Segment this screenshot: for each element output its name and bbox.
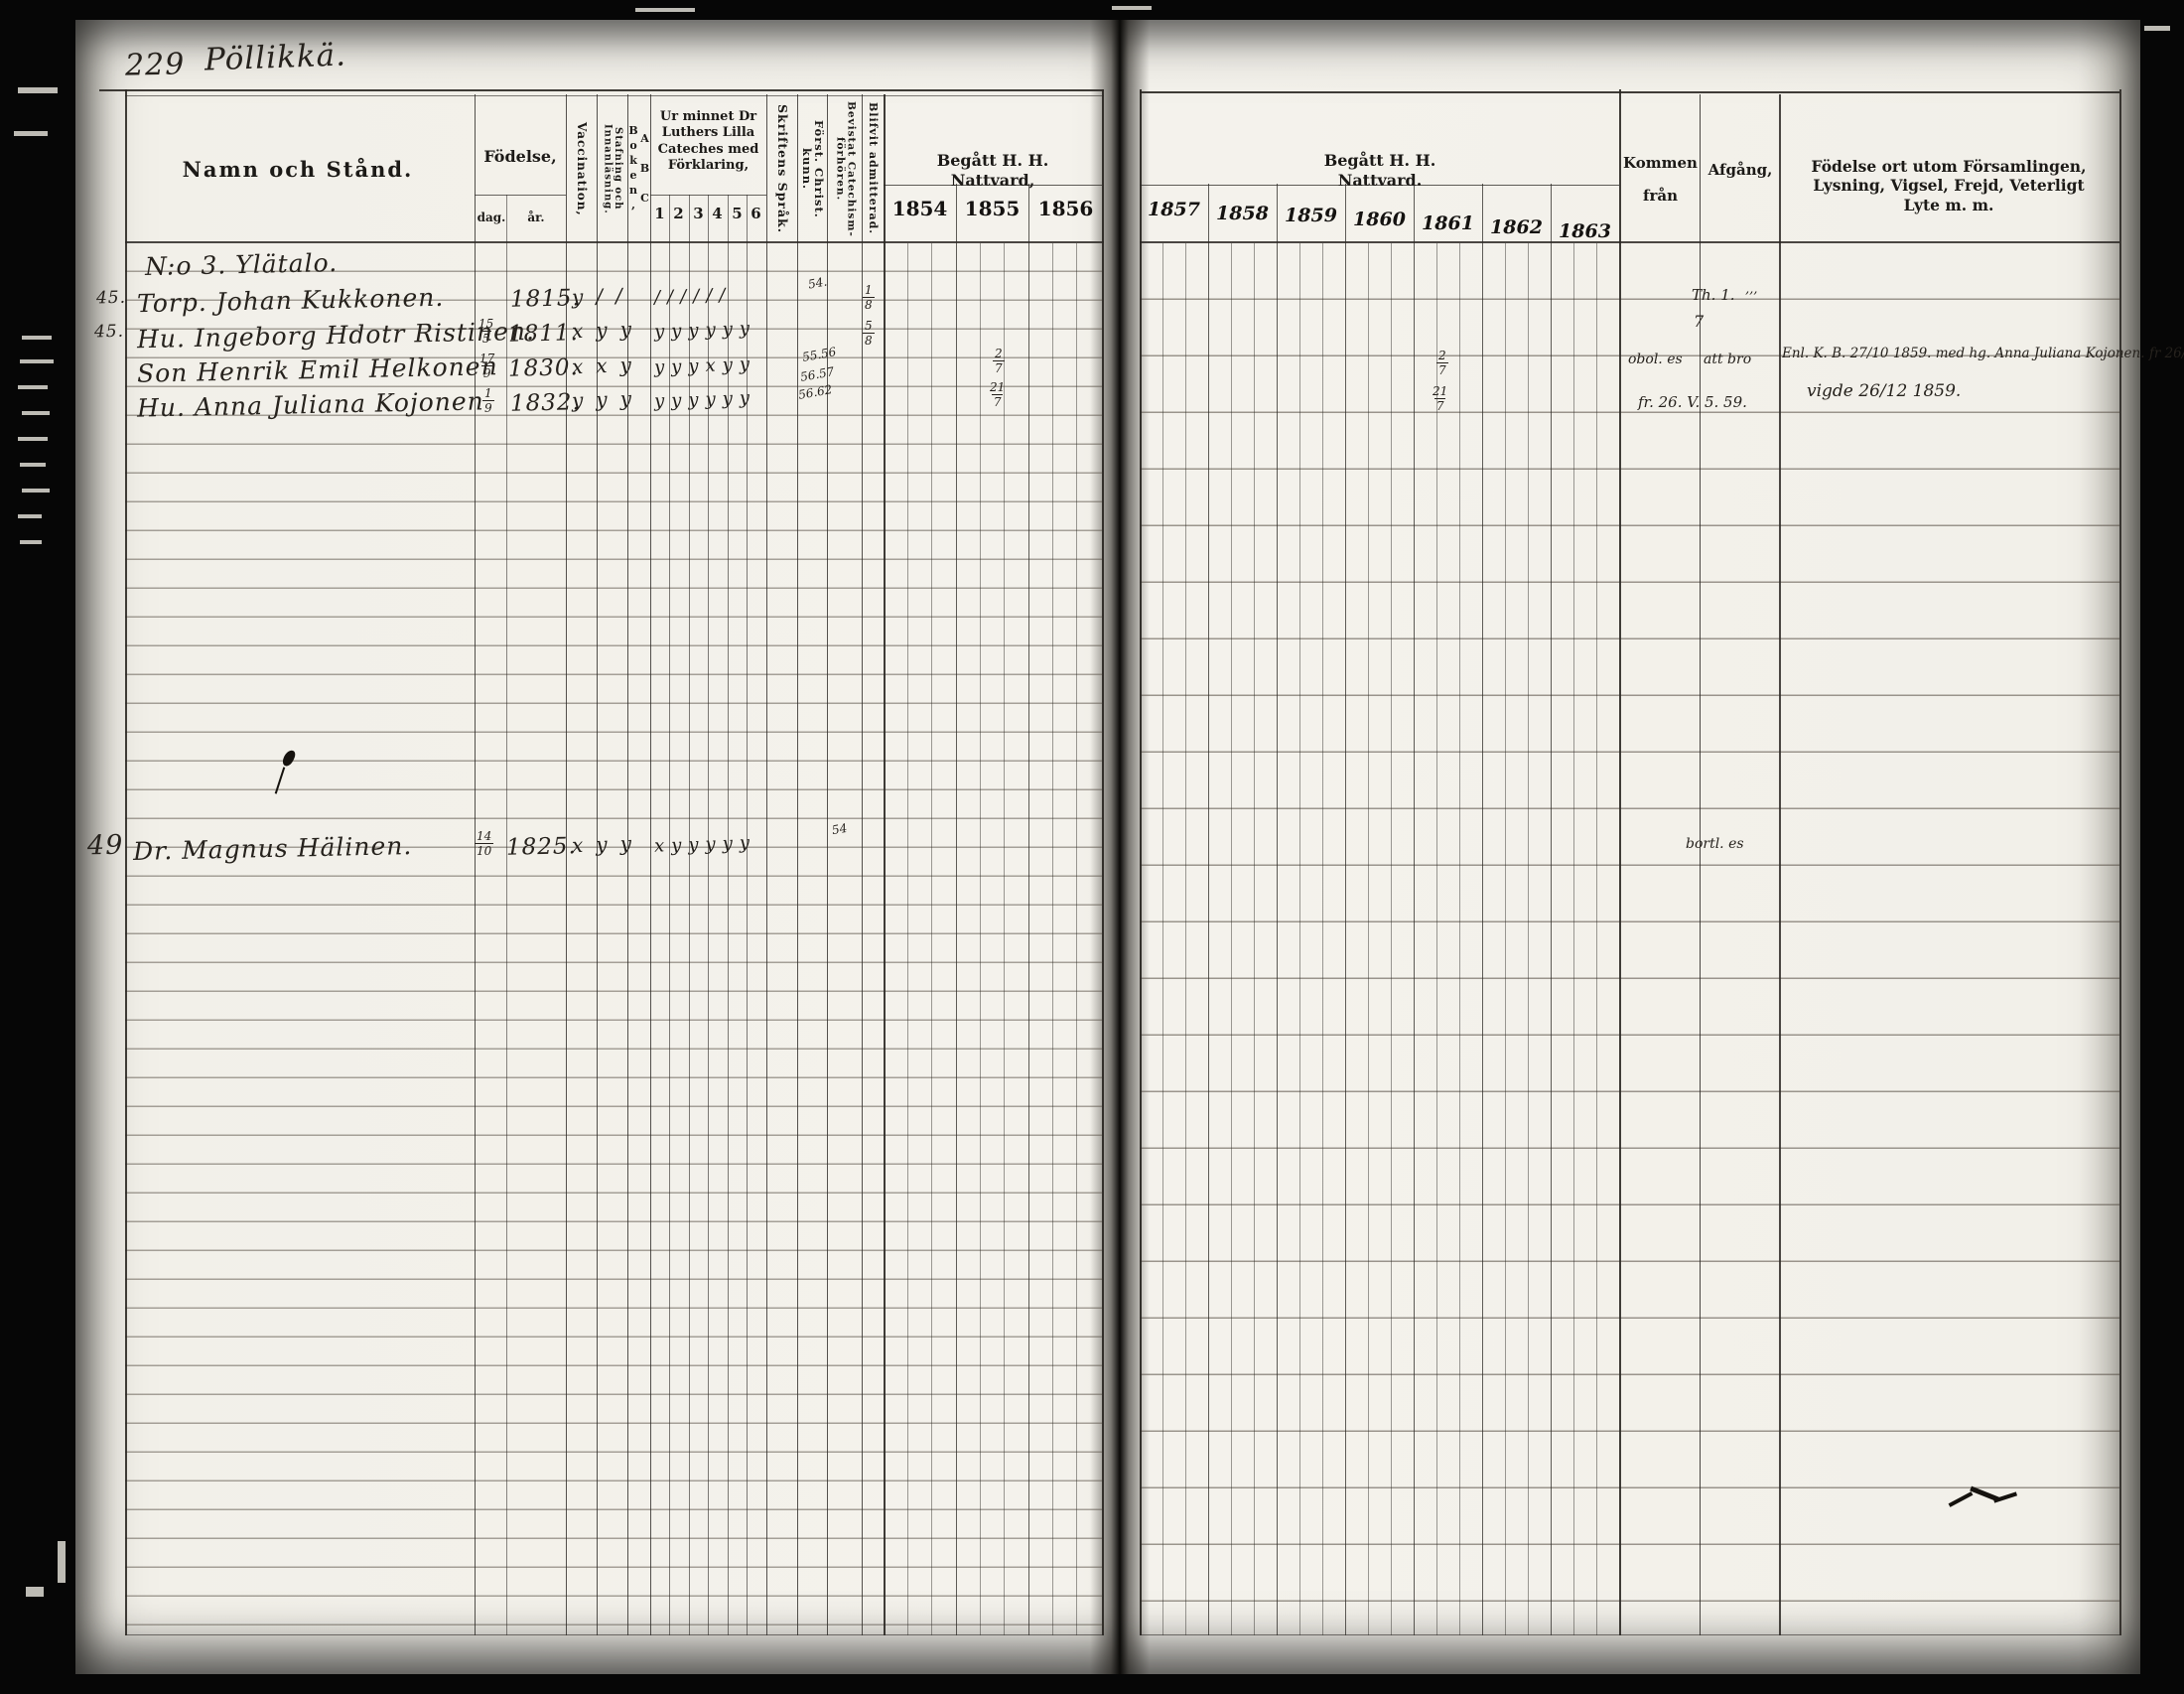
table-vertical-rule [1076, 243, 1077, 1635]
table-vertical-rule [1596, 243, 1597, 1635]
reading-marks: yyy [572, 386, 645, 413]
reading-marks: y∕∕ [572, 283, 636, 309]
birth-day-den: 5 [480, 331, 492, 346]
table-vertical-rule [1231, 243, 1232, 1635]
margin-number: 49 [87, 830, 124, 862]
film-scratch-mark [22, 489, 50, 493]
table-horizontal-rule [1140, 185, 1619, 186]
header-abc-boken: A B C Boken, [628, 97, 649, 240]
table-vertical-rule [797, 94, 798, 1635]
header-blifvit-admitterad: Blifvit admitterad. [863, 97, 883, 240]
table-vertical-rule [931, 243, 932, 1635]
table-horizontal-rule [650, 195, 766, 196]
year-1861: 1861 [1414, 212, 1482, 234]
table-vertical-rule [125, 89, 127, 1635]
nattvard-date-num: 2 [995, 348, 1003, 360]
table-vertical-rule [1140, 89, 1142, 1635]
film-scratch-mark [26, 1587, 44, 1597]
birth-day-den: 9 [482, 400, 494, 415]
margin-number: 45. [96, 288, 126, 309]
birth-year: 1815. [510, 285, 581, 312]
birth-day-num: 15 [478, 318, 493, 331]
film-scratch-mark [58, 1541, 66, 1583]
afgang-note: bortl. es [1686, 836, 1744, 852]
bevistat-note: 54 [831, 821, 848, 837]
nattvard-date-den: 7 [992, 394, 1004, 409]
nattvard-date-den: 7 [993, 360, 1005, 375]
cateches-col-3: 3 [689, 205, 708, 222]
cateches-marks: ∕∕∕∕∕∕ [654, 285, 733, 309]
table-vertical-rule [1619, 89, 1621, 1635]
table-vertical-rule [1573, 243, 1574, 1635]
header-kommen-fran: Kommen från [1621, 147, 1700, 212]
cateches-col-2: 2 [669, 205, 688, 222]
header-namn-och-stand: Namn och Stånd. [149, 157, 447, 183]
table-vertical-rule [956, 184, 957, 1635]
table-vertical-rule [1208, 184, 1209, 1635]
margin-number: 45. [94, 322, 124, 343]
table-horizontal-rule [99, 89, 1104, 91]
table-horizontal-rule [1140, 241, 2119, 243]
film-scratch-mark [2144, 26, 2170, 31]
marginal-note-line1: Enl. K. B. 27/10 1859. med hg. Anna Juli… [1782, 346, 2184, 361]
year-1856: 1856 [1029, 197, 1102, 220]
table-vertical-rule [1028, 184, 1029, 1635]
reading-marks: xyy [572, 317, 645, 344]
nattvard-date-num: 21 [990, 381, 1005, 394]
birth-day-num: 14 [477, 830, 491, 843]
birth-day-num: 17 [479, 353, 494, 365]
header-afgang: Afgång, [1702, 161, 1779, 180]
header-skriftens-sprak: Skriftens Språk. [769, 97, 796, 240]
table-horizontal-rule [475, 195, 566, 196]
table-vertical-rule [827, 94, 828, 1635]
afgang-note: Th. 1. [1692, 286, 1735, 304]
table-horizontal-rule [1140, 91, 2119, 93]
film-scratch-mark [18, 514, 42, 518]
film-scratch-mark [18, 437, 48, 441]
film-scratch-mark [20, 359, 54, 363]
table-vertical-rule [728, 195, 729, 1635]
table-vertical-rule [2119, 89, 2121, 1635]
table-vertical-rule [980, 243, 981, 1635]
year-1854: 1854 [884, 197, 956, 220]
film-scratch-mark [20, 540, 42, 544]
film-scratch-mark [20, 463, 46, 467]
table-vertical-rule [1391, 243, 1392, 1635]
birth-day-den: 9 [481, 365, 493, 380]
table-vertical-rule [708, 195, 709, 1635]
birth-year: 1832. [510, 389, 581, 416]
table-vertical-rule [475, 94, 476, 1635]
table-vertical-rule [747, 195, 748, 1635]
year-1855: 1855 [956, 197, 1028, 220]
year-1862: 1862 [1482, 216, 1551, 238]
table-horizontal-rule [1140, 1634, 2119, 1635]
table-vertical-rule [1299, 243, 1300, 1635]
table-vertical-rule [1368, 243, 1369, 1635]
table-vertical-rule [884, 94, 886, 1635]
table-vertical-rule [1185, 243, 1186, 1635]
table-vertical-rule [907, 243, 908, 1635]
birth-year: 1811. [508, 320, 579, 347]
header-vaccination: Vaccination, [568, 97, 595, 240]
table-horizontal-rule [125, 95, 1104, 96]
cateches-col-1: 1 [650, 205, 669, 222]
header-fodelseort: Födelse ort utom Församlingen, Lysning, … [1797, 157, 2101, 214]
table-vertical-rule [1277, 184, 1278, 1635]
table-vertical-rule [1414, 184, 1415, 1635]
birth-day-den: 10 [475, 843, 493, 858]
header-fodelse: Födelse, [475, 147, 566, 167]
table-vertical-rule [766, 94, 767, 1635]
table-vertical-rule [862, 94, 863, 1635]
kommen-fran-note: fr. 26. V. 5. 59. [1638, 393, 1747, 411]
header-fodelse-dag: dag. [475, 211, 508, 225]
year-1860: 1860 [1345, 209, 1414, 230]
table-vertical-rule [1052, 243, 1053, 1635]
film-scratch-mark [635, 8, 695, 12]
table-vertical-rule [1459, 243, 1460, 1635]
folio-title: Pöllikkä. [204, 38, 346, 78]
table-vertical-rule [566, 94, 567, 1635]
table-vertical-rule [1482, 184, 1483, 1635]
table-vertical-rule [1102, 89, 1104, 1635]
table-vertical-rule [1505, 243, 1506, 1635]
table-vertical-rule [689, 195, 690, 1635]
nattvard-1861-num: 21 [1433, 385, 1447, 398]
cateches-col-6: 6 [747, 205, 765, 222]
reading-marks: xxy [572, 353, 645, 379]
year-1857: 1857 [1140, 199, 1208, 220]
table-vertical-rule [1004, 243, 1005, 1635]
cateches-col-4: 4 [708, 205, 727, 222]
table-vertical-rule [597, 94, 598, 1635]
folio-number: 229 [125, 47, 186, 82]
admitted-date-den: 8 [863, 297, 875, 312]
marginal-note-line2: vigde 26/12 1859. [1807, 381, 1961, 401]
household-heading: N:o 3. Ylätalo. [145, 248, 339, 281]
film-scratch-mark [22, 336, 52, 340]
table-vertical-rule [1254, 243, 1255, 1635]
header-stafning: Stafning och Innanläsning. [598, 97, 626, 240]
year-1863: 1863 [1551, 220, 1619, 242]
film-scratch-mark [1112, 6, 1152, 10]
header-bevistat: Bevistat Catechism-förhören. [830, 97, 861, 240]
scanned-parish-register-spread: 229 Pöllikkä. Namn och Stånd. Födelse, d… [0, 0, 2184, 1694]
film-scratch-mark [18, 87, 58, 93]
table-vertical-rule [1551, 184, 1552, 1635]
film-scratch-mark [14, 131, 48, 136]
afgang-ditto-marks: ‚‚‚ [1745, 282, 1757, 297]
table-vertical-rule [1779, 94, 1781, 1635]
header-forst-christ: Först. Christ. kunn. [800, 97, 826, 240]
table-vertical-rule [627, 94, 628, 1635]
header-fodelse-ar: år. [510, 211, 562, 225]
reading-marks: xyy [572, 831, 645, 858]
table-vertical-rule [1322, 243, 1323, 1635]
birth-year: 1830. [508, 354, 579, 381]
nattvard-1861-den: 7 [1436, 362, 1448, 377]
admitted-date-num: 1 [865, 284, 873, 297]
table-vertical-rule [1345, 184, 1346, 1635]
header-cateches: Ur minnet Dr Luthers Lilla Cateches med … [652, 109, 764, 174]
table-vertical-rule [1700, 94, 1701, 1635]
year-1859: 1859 [1277, 205, 1345, 226]
admitted-date-den: 8 [863, 333, 875, 348]
film-scratch-mark [18, 385, 48, 389]
kommen-fran-note: obol. es [1628, 352, 1683, 367]
year-1858: 1858 [1208, 203, 1277, 224]
table-vertical-rule [1162, 243, 1163, 1635]
table-vertical-rule [669, 195, 670, 1635]
afgang-note: att bro [1704, 352, 1751, 367]
table-vertical-rule [1436, 243, 1437, 1635]
cateches-col-5: 5 [728, 205, 747, 222]
table-horizontal-rule [125, 1634, 1104, 1635]
table-vertical-rule [650, 94, 651, 1635]
table-vertical-rule [1528, 243, 1529, 1635]
table-vertical-rule [506, 195, 507, 1635]
film-scratch-mark [22, 411, 50, 415]
birth-day-num: 1 [484, 387, 492, 400]
table-horizontal-rule [125, 241, 1104, 243]
table-horizontal-rule [884, 185, 1102, 186]
entry-name: Dr. Magnus Hälinen. [133, 831, 413, 866]
nattvard-1861-num: 2 [1438, 350, 1446, 362]
admitted-date-num: 5 [865, 320, 873, 333]
right-page-row-rules [1140, 243, 2119, 1635]
